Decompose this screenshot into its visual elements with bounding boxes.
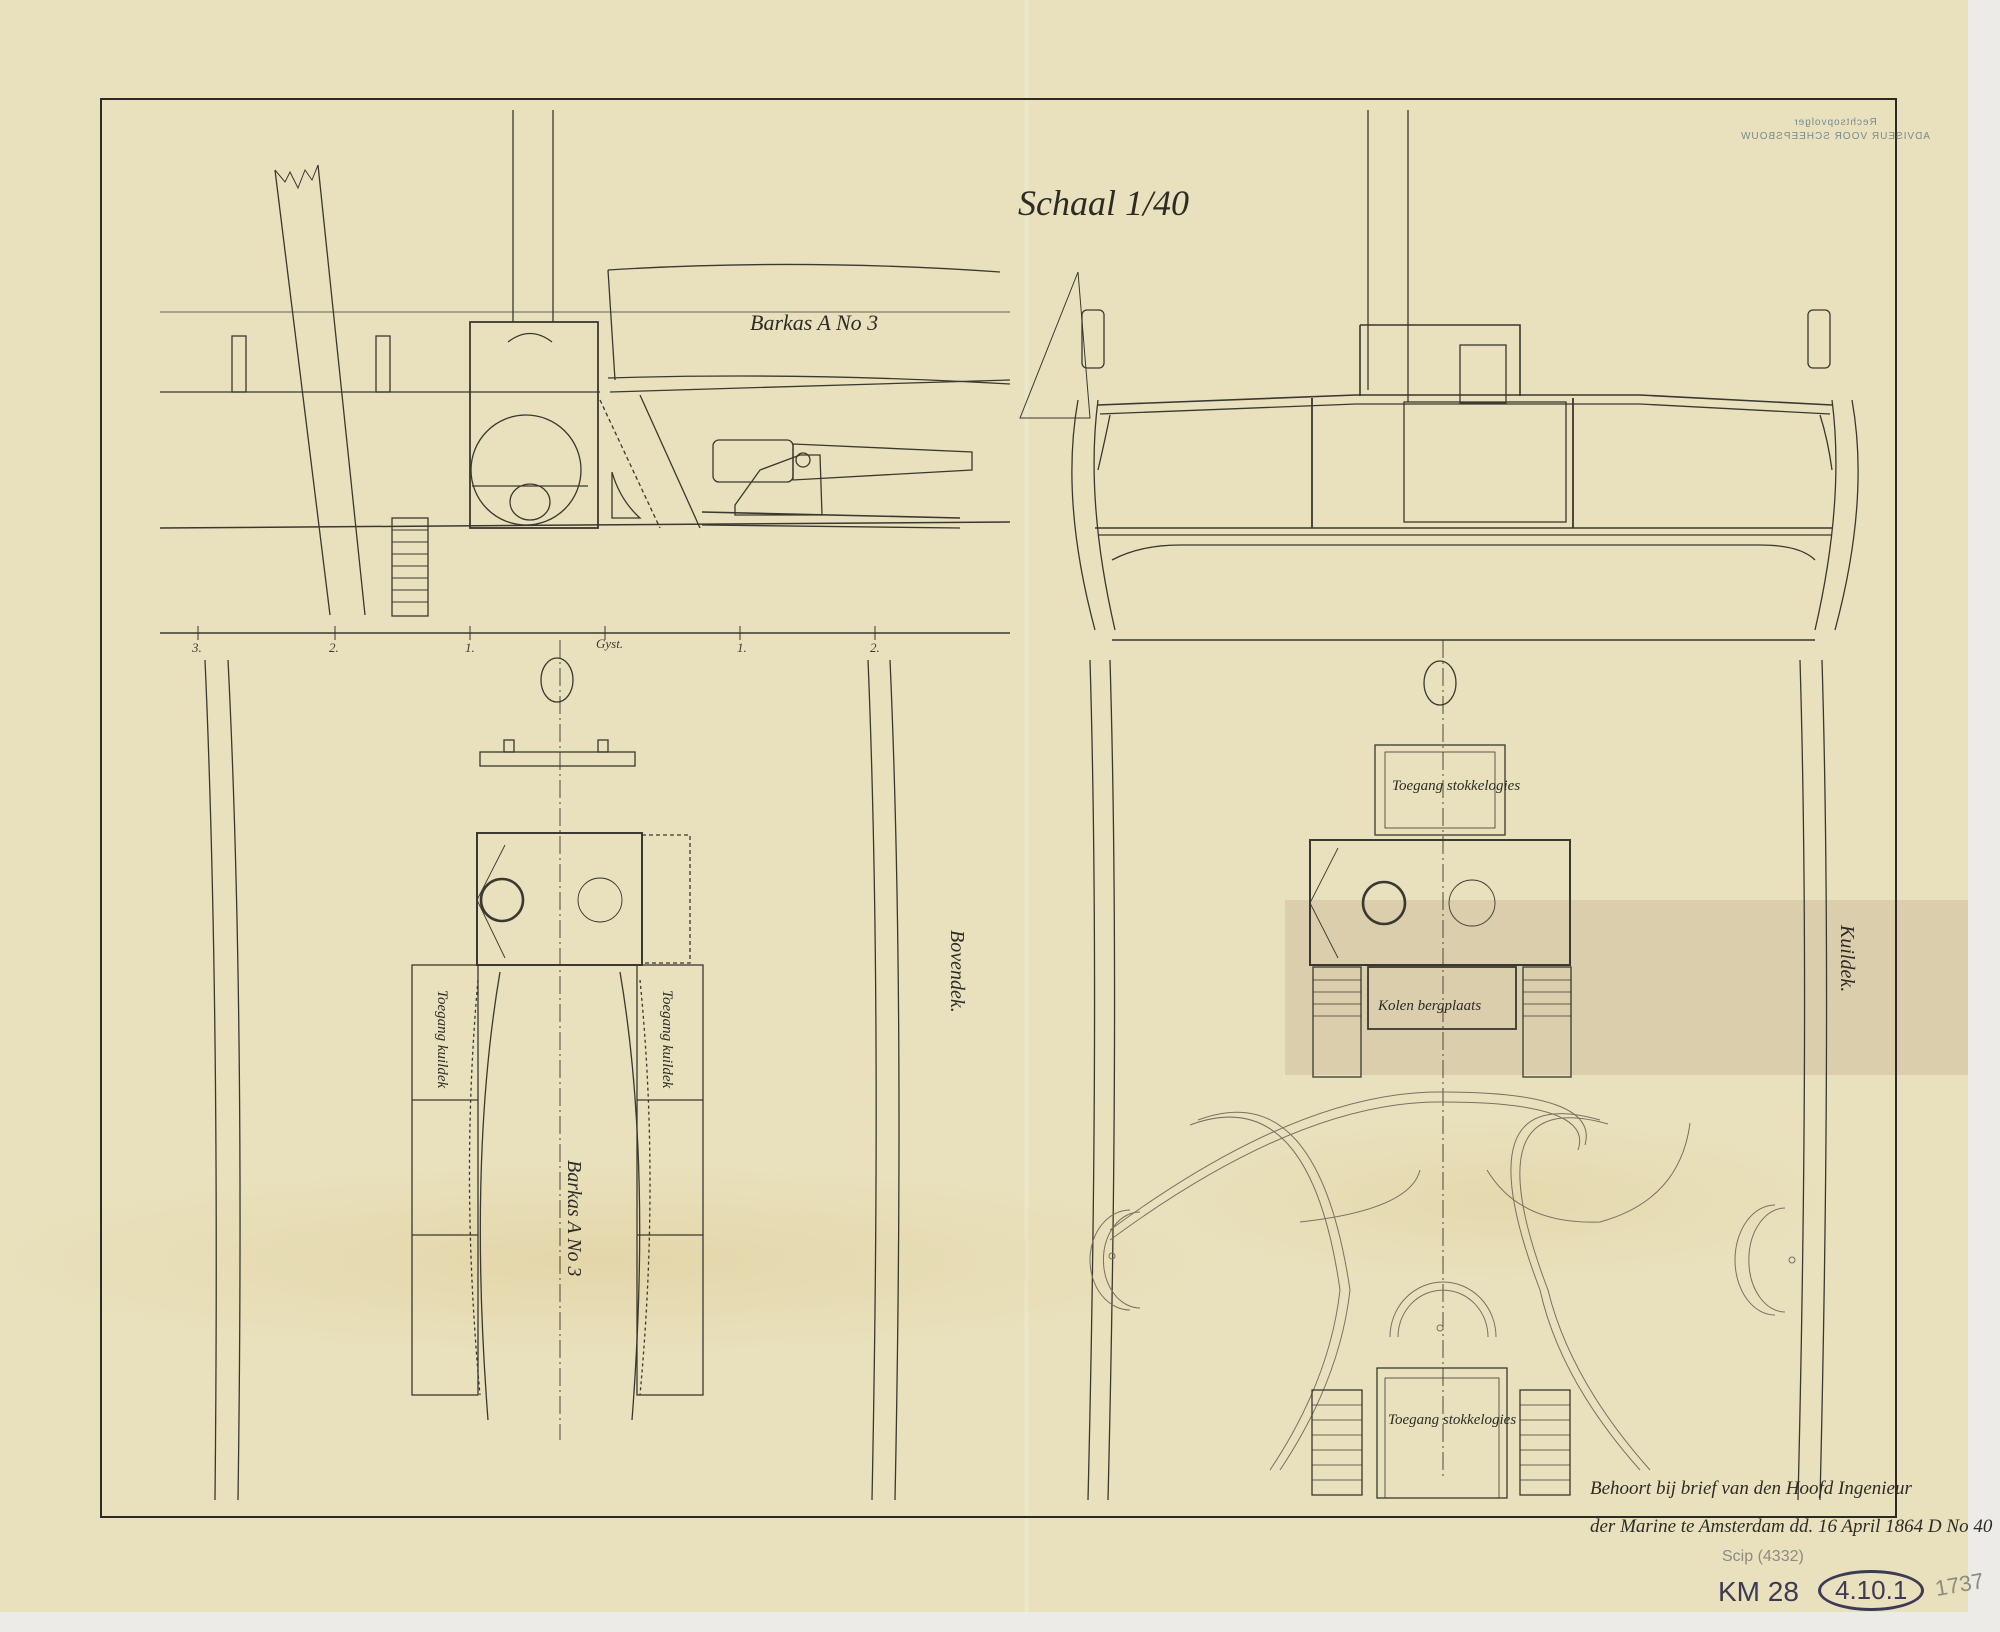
circled-reference: 4.10.1 — [1818, 1570, 1924, 1611]
room-label: Toegang kuildek — [658, 990, 675, 1088]
scale-title: Schaal 1/40 — [1018, 182, 1189, 224]
room-label: Kolen bergplaats — [1378, 998, 1481, 1015]
deck-label-bovendek: Bovendek. — [945, 930, 968, 1013]
collection-code: KM 28 — [1718, 1576, 1799, 1608]
scale-tick: Gyst. — [596, 636, 623, 652]
room-label: Toegang stokkelogies — [1388, 1412, 1516, 1429]
plan-kuildek — [1088, 640, 1827, 1500]
scale-tick: 1. — [737, 640, 747, 656]
technical-drawing — [0, 0, 2000, 1632]
scale-tick: 3. — [192, 640, 202, 656]
scale-tick: 2. — [329, 640, 339, 656]
plan-label-barkas: Barkas A No 3 — [562, 1160, 585, 1277]
bottom-hatch — [1312, 1368, 1570, 1498]
mirrored-stamp: Rechtsopvolger ADVISEUR VOOR SCHEEPSBOUW — [1740, 116, 1930, 144]
room-label: Toegang kuildek — [433, 990, 450, 1088]
deck-label-kuildek: Kuildek. — [1835, 925, 1858, 992]
scale-tick: 2. — [870, 640, 880, 656]
scale-tick: 1. — [465, 640, 475, 656]
room-label: Toegang stokkelogies — [1392, 778, 1520, 795]
plan-bovendek — [205, 640, 899, 1500]
stamp-line: Rechtsopvolger — [1740, 116, 1930, 130]
note-line: der Marine te Amsterdam dd. 16 April 186… — [1590, 1508, 1992, 1546]
provenance-note: Behoort bij brief van den Hoofd Ingenieu… — [1590, 1470, 1992, 1546]
stamp-line: ADVISEUR VOOR SCHEEPSBOUW — [1740, 130, 1930, 144]
longitudinal-section — [160, 110, 1010, 640]
note-line: Behoort bij brief van den Hoofd Ingenieu… — [1590, 1470, 1992, 1508]
section-label: Barkas A No 3 — [750, 310, 878, 336]
pencil-reference: Scip (4332) — [1722, 1548, 1804, 1566]
